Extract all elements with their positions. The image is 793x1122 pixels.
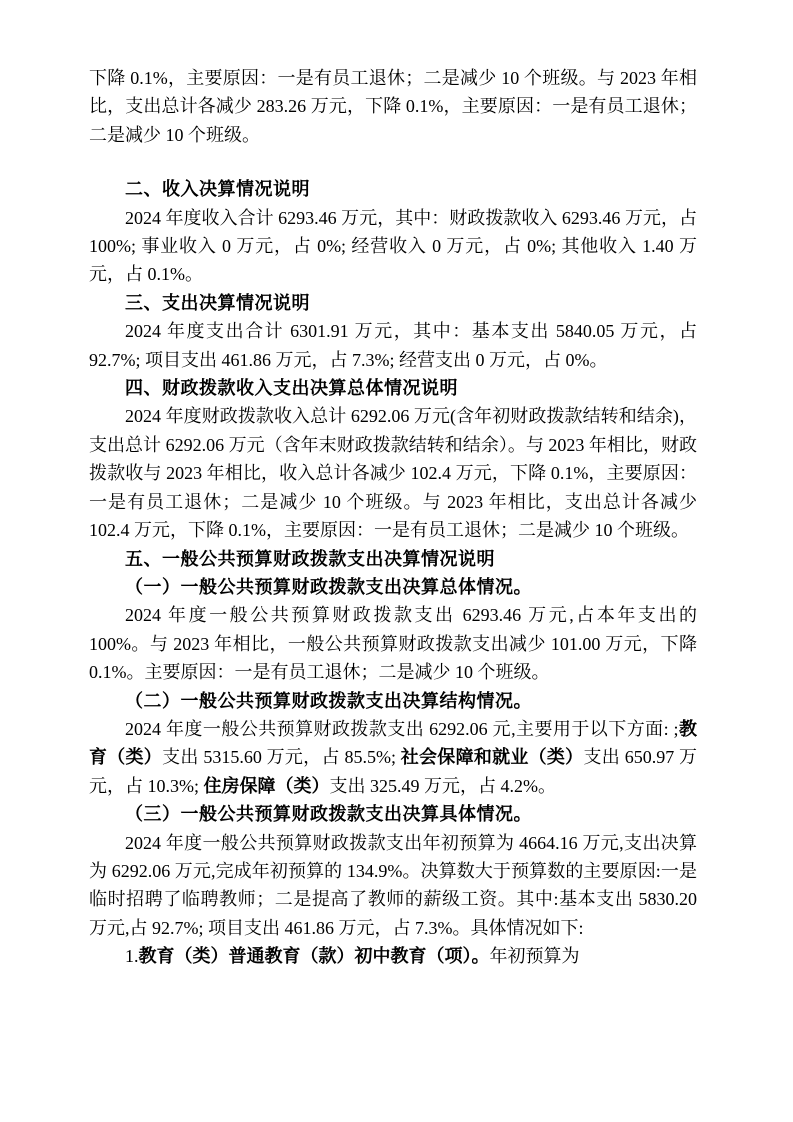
bold-text-run: 四、财政拨款收入支出决算总体情况说明	[125, 378, 458, 398]
bold-text-run: 社会保障和就业（类）	[401, 747, 584, 767]
section-heading: （三）一般公共预算财政拨款支出决算具体情况。	[89, 800, 697, 828]
paragraph: 2024 年度财政拨款收入总计 6292.06 万元(含年初财政拨款结转和结余)…	[89, 402, 697, 544]
section-heading: （一）一般公共预算财政拨款支出决算总体情况。	[89, 573, 697, 601]
text-run: 1.	[125, 946, 139, 966]
bold-text-run: （一）一般公共预算财政拨款支出决算总体情况。	[125, 577, 532, 597]
bold-text-run: 二、收入决算情况说明	[125, 179, 310, 199]
bold-text-run: （二）一般公共预算财政拨款支出决算结构情况。	[125, 691, 532, 711]
section-heading: 五、一般公共预算财政拨款支出决算情况说明	[89, 545, 697, 573]
paragraph: 1.教育（类）普通教育（款）初中教育（项）。年初预算为	[89, 942, 697, 970]
text-run: 2024 年度一般公共预算财政拨款支出年初预算为 4664.16 万元,支出决算…	[89, 833, 697, 938]
text-run: 支出 5315.60 万元，占 85.5%;	[162, 747, 401, 767]
section-heading: 三、支出决算情况说明	[89, 289, 697, 317]
paragraph: 2024 年度一般公共预算财政拨款支出 6292.06 元,主要用于以下方面: …	[89, 715, 697, 800]
bold-text-run: 住房保障（类）	[204, 776, 330, 796]
paragraph: 下降 0.1%，主要原因：一是有员工退休；二是减少 10 个班级。与 2023 …	[89, 64, 697, 149]
text-run: 2024 年度财政拨款收入总计 6292.06 万元(含年初财政拨款结转和结余)…	[89, 406, 697, 540]
document-page: 下降 0.1%，主要原因：一是有员工退休；二是减少 10 个班级。与 2023 …	[0, 0, 793, 1122]
text-run: 下降 0.1%，主要原因：一是有员工退休；二是减少 10 个班级。与 2023 …	[89, 68, 697, 145]
section-heading: （二）一般公共预算财政拨款支出决算结构情况。	[89, 687, 697, 715]
bold-text-run: 教育（类）普通教育（款）初中教育（项）。	[139, 946, 490, 966]
document-content: 下降 0.1%，主要原因：一是有员工退休；二是减少 10 个班级。与 2023 …	[89, 64, 697, 971]
bold-text-run: 五、一般公共预算财政拨款支出决算情况说明	[125, 549, 495, 569]
section-heading: 四、财政拨款收入支出决算总体情况说明	[89, 374, 697, 402]
paragraph: 2024 年度收入合计 6293.46 万元，其中：财政拨款收入 6293.46…	[89, 204, 697, 289]
text-run: 2024 年度一般公共预算财政拨款支出 6293.46 万元,占本年支出的 10…	[89, 605, 697, 682]
paragraph: 2024 年度支出合计 6301.91 万元，其中：基本支出 5840.05 万…	[89, 317, 697, 374]
text-run: 年初预算为	[490, 946, 580, 966]
text-run: 2024 年度收入合计 6293.46 万元，其中：财政拨款收入 6293.46…	[89, 208, 697, 285]
text-run: 支出 325.49 万元，占 4.2%。	[330, 776, 557, 796]
paragraph: 2024 年度一般公共预算财政拨款支出年初预算为 4664.16 万元,支出决算…	[89, 829, 697, 943]
section-heading: 二、收入决算情况说明	[89, 175, 697, 203]
bold-text-run: （三）一般公共预算财政拨款支出决算具体情况。	[125, 804, 532, 824]
paragraph: 2024 年度一般公共预算财政拨款支出 6293.46 万元,占本年支出的 10…	[89, 601, 697, 686]
text-run: 2024 年度支出合计 6301.91 万元，其中：基本支出 5840.05 万…	[89, 321, 697, 369]
text-run: 2024 年度一般公共预算财政拨款支出 6292.06 元,主要用于以下方面: …	[125, 719, 679, 739]
bold-text-run: 三、支出决算情况说明	[125, 293, 310, 313]
